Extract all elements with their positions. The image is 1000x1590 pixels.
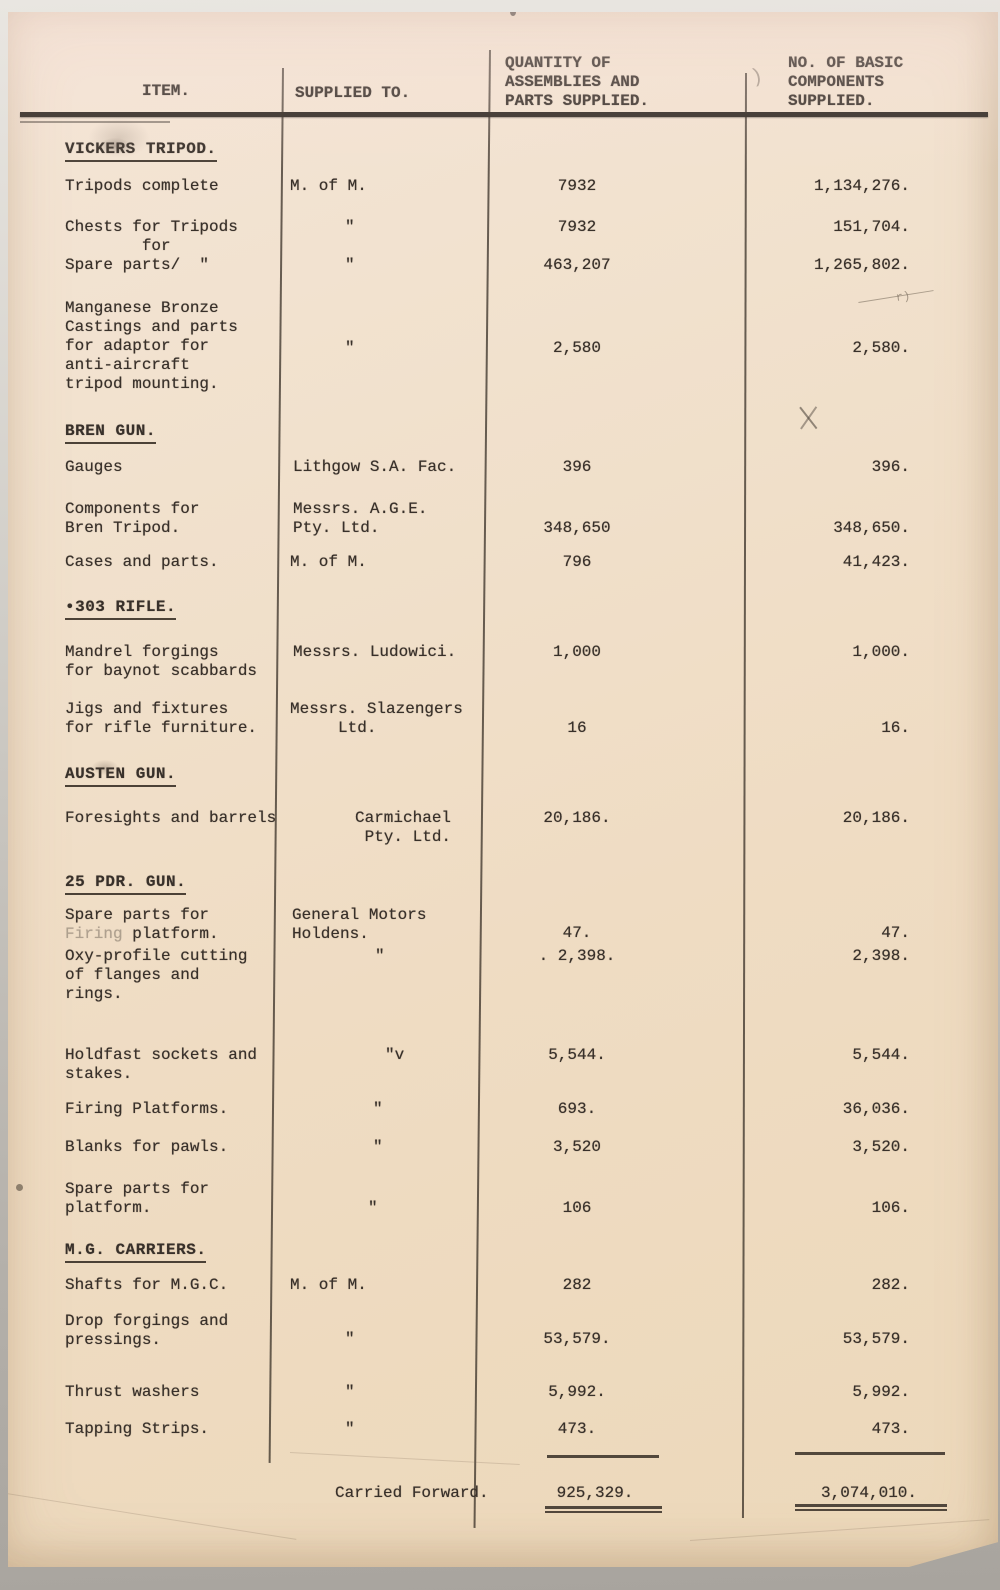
row-item: for baynot scabbards bbox=[65, 662, 257, 681]
row-item: tripod mounting. bbox=[65, 375, 219, 394]
column-rule-3 bbox=[742, 73, 747, 1518]
row-item: Drop forgings and bbox=[65, 1312, 228, 1331]
row-supplied-to: Pty. Ltd. bbox=[355, 828, 451, 847]
pencil-note-mark: r) bbox=[895, 287, 912, 308]
row-item: Thrust washers bbox=[65, 1383, 199, 1402]
section-heading: AUSTEN GUN. bbox=[65, 765, 176, 787]
section-heading: •303 RIFLE. bbox=[65, 598, 176, 620]
column-rule-2 bbox=[474, 50, 491, 1528]
row-item: platform. bbox=[65, 1199, 151, 1218]
row-supplied-to: Messrs. Ludowici. bbox=[293, 643, 456, 662]
column-header-quantity-line3: PARTS SUPPLIED. bbox=[505, 92, 649, 111]
row-item: Blanks for pawls. bbox=[65, 1138, 228, 1157]
total-rule-basic-above bbox=[795, 1452, 945, 1455]
row-basic-components: 282. bbox=[742, 1276, 910, 1295]
row-basic-components: 1,134,276. bbox=[742, 177, 910, 196]
row-supplied-to: M. of M. bbox=[290, 1276, 367, 1295]
total-rule-quantity-above bbox=[547, 1455, 659, 1458]
row-supplied-to: " bbox=[345, 1420, 355, 1439]
row-quantity: 796 bbox=[497, 553, 657, 572]
row-supplied-to: " bbox=[345, 339, 355, 358]
row-item: Mandrel forgings bbox=[65, 643, 219, 662]
row-quantity: 5,544. bbox=[497, 1046, 657, 1065]
row-supplied-to: "v bbox=[385, 1046, 404, 1065]
row-basic-components: 151,704. bbox=[742, 218, 910, 237]
row-item: Components for bbox=[65, 500, 199, 519]
row-item: Oxy-profile cutting bbox=[65, 947, 247, 966]
row-supplied-to: Ltd. bbox=[290, 719, 376, 738]
row-supplied-to: " bbox=[375, 947, 385, 966]
crease-line-1 bbox=[0, 1492, 296, 1540]
edge-speck bbox=[16, 1184, 23, 1191]
carried-forward-label: Carried Forward. bbox=[335, 1484, 489, 1503]
ink-speck-top bbox=[510, 8, 516, 16]
section-heading: BREN GUN. bbox=[65, 422, 156, 444]
row-item: for bbox=[65, 237, 171, 256]
carried-forward-quantity: 925,329. bbox=[505, 1484, 685, 1503]
column-rule-1 bbox=[269, 68, 284, 1463]
row-quantity: 348,650 bbox=[497, 519, 657, 538]
row-item: Firing platform. bbox=[65, 925, 219, 944]
row-item: Shafts for M.G.C. bbox=[65, 1276, 228, 1295]
row-supplied-to: General Motors bbox=[292, 906, 426, 925]
row-basic-components: 348,650. bbox=[742, 519, 910, 538]
row-basic-components: 36,036. bbox=[742, 1100, 910, 1119]
row-basic-components: 1,265,802. bbox=[742, 256, 910, 275]
column-header-basic-line2: COMPONENTS bbox=[788, 73, 884, 92]
row-basic-components: 1,000. bbox=[742, 643, 910, 662]
section-heading: 25 PDR. GUN. bbox=[65, 873, 186, 895]
row-quantity: 463,207 bbox=[497, 256, 657, 275]
document-content: ITEM. SUPPLIED TO. QUANTITY OF ASSEMBLIE… bbox=[0, 0, 1000, 1590]
row-item: Spare parts/ " bbox=[65, 256, 209, 275]
column-header-supplied-to: SUPPLIED TO. bbox=[295, 84, 410, 103]
row-supplied-to: " bbox=[345, 218, 355, 237]
row-supplied-to: Pty. Ltd. bbox=[293, 519, 379, 538]
crease-line-2 bbox=[290, 1452, 520, 1465]
row-item: Cases and parts. bbox=[65, 553, 219, 572]
row-supplied-to: M. of M. bbox=[290, 177, 367, 196]
crease-line-3 bbox=[690, 1519, 989, 1541]
paper-sheet: ITEM. SUPPLIED TO. QUANTITY OF ASSEMBLIE… bbox=[8, 12, 998, 1567]
row-item: pressings. bbox=[65, 1331, 161, 1350]
row-quantity: 5,992. bbox=[497, 1383, 657, 1402]
row-quantity: 693. bbox=[497, 1100, 657, 1119]
row-basic-components: 41,423. bbox=[742, 553, 910, 572]
row-quantity: 2,580 bbox=[497, 339, 657, 358]
row-basic-components: 3,520. bbox=[742, 1138, 910, 1157]
row-item: stakes. bbox=[65, 1065, 132, 1084]
column-header-basic-line1: NO. OF BASIC bbox=[788, 54, 903, 73]
row-item: Spare parts for bbox=[65, 1180, 209, 1199]
row-supplied-to: " bbox=[345, 256, 355, 275]
row-supplied-to: Messrs. Slazengers bbox=[290, 700, 463, 719]
section-heading: VICKERS TRIPOD. bbox=[65, 140, 217, 162]
row-item: Jigs and fixtures bbox=[65, 700, 228, 719]
row-basic-components: 106. bbox=[742, 1199, 910, 1218]
row-quantity: 473. bbox=[497, 1420, 657, 1439]
total-double-rule-quantity-2 bbox=[545, 1511, 662, 1513]
row-basic-components: 5,544. bbox=[742, 1046, 910, 1065]
row-quantity: 7932 bbox=[497, 218, 657, 237]
row-basic-components: 53,579. bbox=[742, 1330, 910, 1349]
row-item: for rifle furniture. bbox=[65, 719, 257, 738]
row-item: Holdfast sockets and bbox=[65, 1046, 257, 1065]
row-quantity: 1,000 bbox=[497, 643, 657, 662]
row-quantity: . 2,398. bbox=[497, 947, 657, 966]
row-supplied-to: Lithgow S.A. Fac. bbox=[293, 458, 456, 477]
row-item: rings. bbox=[65, 985, 123, 1004]
row-basic-components: 5,992. bbox=[742, 1383, 910, 1402]
row-supplied-to: " bbox=[373, 1100, 383, 1119]
row-supplied-to: " bbox=[368, 1199, 378, 1218]
row-supplied-to: M. of M. bbox=[290, 553, 367, 572]
pen-x-mark bbox=[795, 403, 821, 433]
row-quantity: 106 bbox=[497, 1199, 657, 1218]
row-quantity: 16 bbox=[497, 719, 657, 738]
row-item: for adaptor for bbox=[65, 337, 209, 356]
row-quantity: 282 bbox=[497, 1276, 657, 1295]
row-item: of flanges and bbox=[65, 966, 199, 985]
row-item: Bren Tripod. bbox=[65, 519, 180, 538]
row-item: Castings and parts bbox=[65, 318, 238, 337]
section-heading: M.G. CARRIERS. bbox=[65, 1241, 206, 1263]
header-rule bbox=[20, 112, 988, 117]
row-supplied-to: Carmichael bbox=[355, 809, 451, 828]
pen-j-mark: ) bbox=[749, 67, 765, 88]
row-quantity: 396 bbox=[497, 458, 657, 477]
row-basic-components: 2,398. bbox=[742, 947, 910, 966]
scanned-document-page: { "page": { "paper_color": "#efdec7", "i… bbox=[0, 0, 1000, 1590]
row-quantity: 53,579. bbox=[497, 1330, 657, 1349]
row-basic-components: 396. bbox=[742, 458, 910, 477]
row-quantity: 3,520 bbox=[497, 1138, 657, 1157]
row-basic-components: 2,580. bbox=[742, 339, 910, 358]
row-item: Gauges bbox=[65, 458, 123, 477]
row-basic-components: 473. bbox=[742, 1420, 910, 1439]
row-item: anti-aircraft bbox=[65, 356, 190, 375]
total-double-rule-basic-2 bbox=[795, 1509, 947, 1511]
column-header-basic-line3: SUPPLIED. bbox=[788, 92, 874, 111]
row-basic-components: 20,186. bbox=[742, 809, 910, 828]
row-item: Manganese Bronze bbox=[65, 299, 219, 318]
row-quantity: 47. bbox=[497, 924, 657, 943]
total-double-rule-basic-1 bbox=[795, 1504, 947, 1507]
column-header-item: ITEM. bbox=[142, 82, 190, 101]
row-quantity: 20,186. bbox=[497, 809, 657, 828]
row-item: Tapping Strips. bbox=[65, 1420, 209, 1439]
column-header-quantity-line1: QUANTITY OF bbox=[505, 54, 611, 73]
row-item: Firing Platforms. bbox=[65, 1100, 228, 1119]
row-item: Chests for Tripods bbox=[65, 218, 238, 237]
row-supplied-to: " bbox=[345, 1383, 355, 1402]
row-supplied-to: Holdens. bbox=[292, 925, 369, 944]
column-header-quantity-line2: ASSEMBLIES AND bbox=[505, 73, 639, 92]
header-rule-echo bbox=[20, 121, 170, 123]
row-supplied-to: " bbox=[345, 1330, 355, 1349]
row-basic-components: 47. bbox=[742, 924, 910, 943]
row-quantity: 7932 bbox=[497, 177, 657, 196]
total-double-rule-quantity-1 bbox=[545, 1506, 662, 1509]
row-supplied-to: " bbox=[373, 1138, 383, 1157]
row-basic-components: 16. bbox=[742, 719, 910, 738]
row-item: Spare parts for bbox=[65, 906, 209, 925]
row-item: Foresights and barrels bbox=[65, 809, 276, 828]
row-supplied-to: Messrs. A.G.E. bbox=[293, 500, 427, 519]
carried-forward-basic: 3,074,010. bbox=[742, 1484, 917, 1503]
row-item: Tripods complete bbox=[65, 177, 219, 196]
